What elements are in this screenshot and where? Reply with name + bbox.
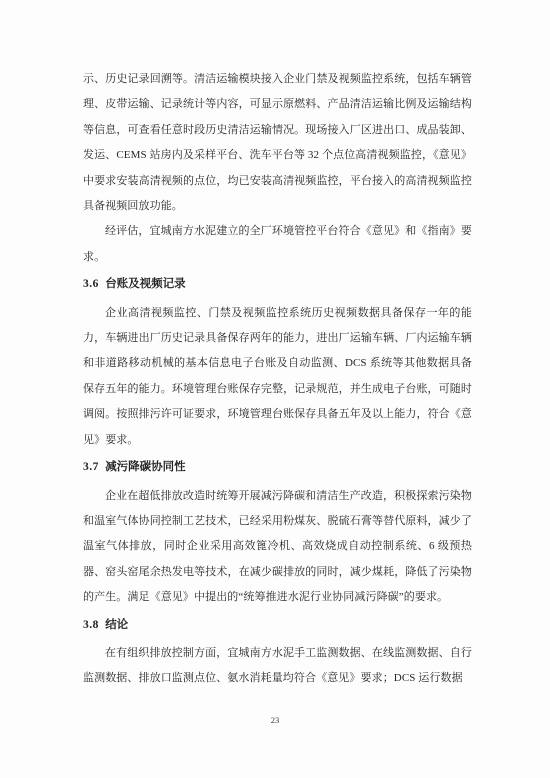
section-heading-3-8: 3.8结论	[83, 613, 472, 638]
paragraph-pollution-carbon-synergy: 企业在超低排放改造时统筹开展减污降碳和清洁生产改造，积极探索污染物和温室气体协同…	[83, 484, 472, 611]
paragraph-platform-assessment: 经评估，宜城南方水泥建立的全厂环境管控平台符合《意见》和《指南》要求。	[83, 219, 472, 270]
paragraph-records-retention: 企业高清视频监控、门禁及视频监控系统历史视频数据具备保存一年的能力，车辆进出厂历…	[83, 301, 472, 453]
section-number: 3.6	[83, 278, 99, 290]
section-number: 3.7	[83, 461, 99, 473]
page-footer: 23	[0, 713, 550, 727]
paragraph-transport-monitoring: 示、历史记录回溯等。清洁运输模块接入企业门禁及视频监控系统，包括车辆管理、皮带运…	[83, 67, 472, 219]
section-number: 3.8	[83, 619, 99, 631]
section-heading-3-6: 3.6台账及视频记录	[83, 272, 472, 297]
page-number: 23	[271, 715, 280, 725]
paragraph-conclusion: 在有组织排放控制方面，宜城南方水泥手工监测数据、在线监测数据、自行监测数据、排放…	[83, 641, 472, 692]
page-content: 示、历史记录回溯等。清洁运输模块接入企业门禁及视频监控系统，包括车辆管理、皮带运…	[83, 67, 472, 692]
section-title: 结论	[105, 619, 128, 631]
document-page: 示、历史记录回溯等。清洁运输模块接入企业门禁及视频监控系统，包括车辆管理、皮带运…	[0, 0, 550, 778]
section-title: 减污降碳协同性	[105, 461, 186, 473]
section-heading-3-7: 3.7减污降碳协同性	[83, 455, 472, 480]
section-title: 台账及视频记录	[105, 278, 186, 290]
